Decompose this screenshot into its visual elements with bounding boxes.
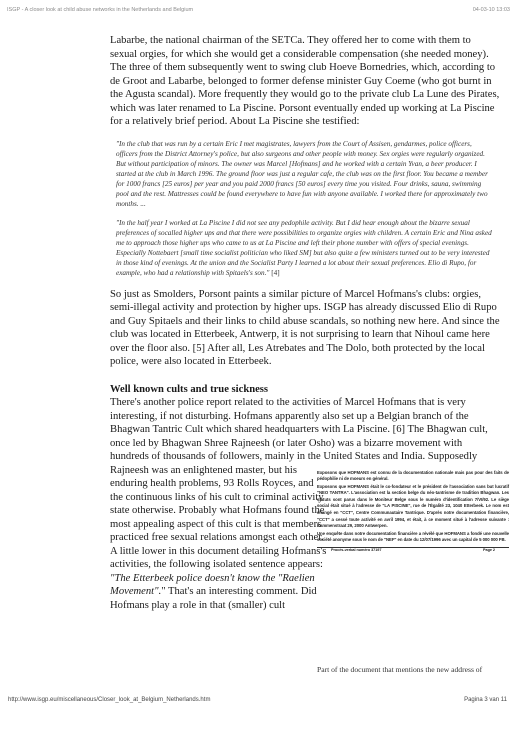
article-body: Labarbe, the national chairman of the SE… [110,34,500,612]
image-caption: Part of the document that mentions the n… [317,665,512,675]
section-heading: Well known cults and true sickness [110,383,500,397]
paragraph-bhagwan: There's another police report related to… [110,396,500,464]
print-header-datetime: 04-03-10 13:03 [473,7,510,13]
paragraph-labarbe: Labarbe, the national chairman of the SE… [110,34,500,129]
report-paragraph-2: Exposons que HOFMANS était le co-fondate… [317,484,509,530]
police-report-scan: Exposons que HOFMANS est connu de la doc… [317,470,509,554]
print-header: ISGP - A closer look at child abuse netw… [7,7,510,13]
page-number: Pagina 3 van 11 [464,697,507,703]
page-url[interactable]: http://www.isgp.eu/miscellaneous/Closer_… [8,697,210,703]
paragraph-rajneesh: Rajneesh was an enlightened master, but … [110,464,328,613]
quote-text: "In the half year I worked at La Piscine… [116,219,492,277]
print-footer: http://www.isgp.eu/miscellaneous/Closer_… [8,697,507,703]
quote-testimony-1: "In the club that was run by a certain E… [116,139,494,209]
report-footer: Procès-verbal numéro 37197 Page 2 [317,548,509,553]
text-with-inset: Rajneesh was an enlightened master, but … [110,464,500,613]
quote-testimony-2: "In the half year I worked at La Piscine… [116,218,494,278]
footnote-ref-4[interactable]: [4] [271,269,279,277]
paragraph-smolders: So just as Smolders, Porsont paints a si… [110,288,500,369]
report-paragraph-3: Une enquête dans notre documentation fin… [317,531,509,544]
report-paragraph-1: Exposons que HOFMANS est connu de la doc… [317,470,509,483]
print-header-title: ISGP - A closer look at child abuse netw… [7,7,193,13]
